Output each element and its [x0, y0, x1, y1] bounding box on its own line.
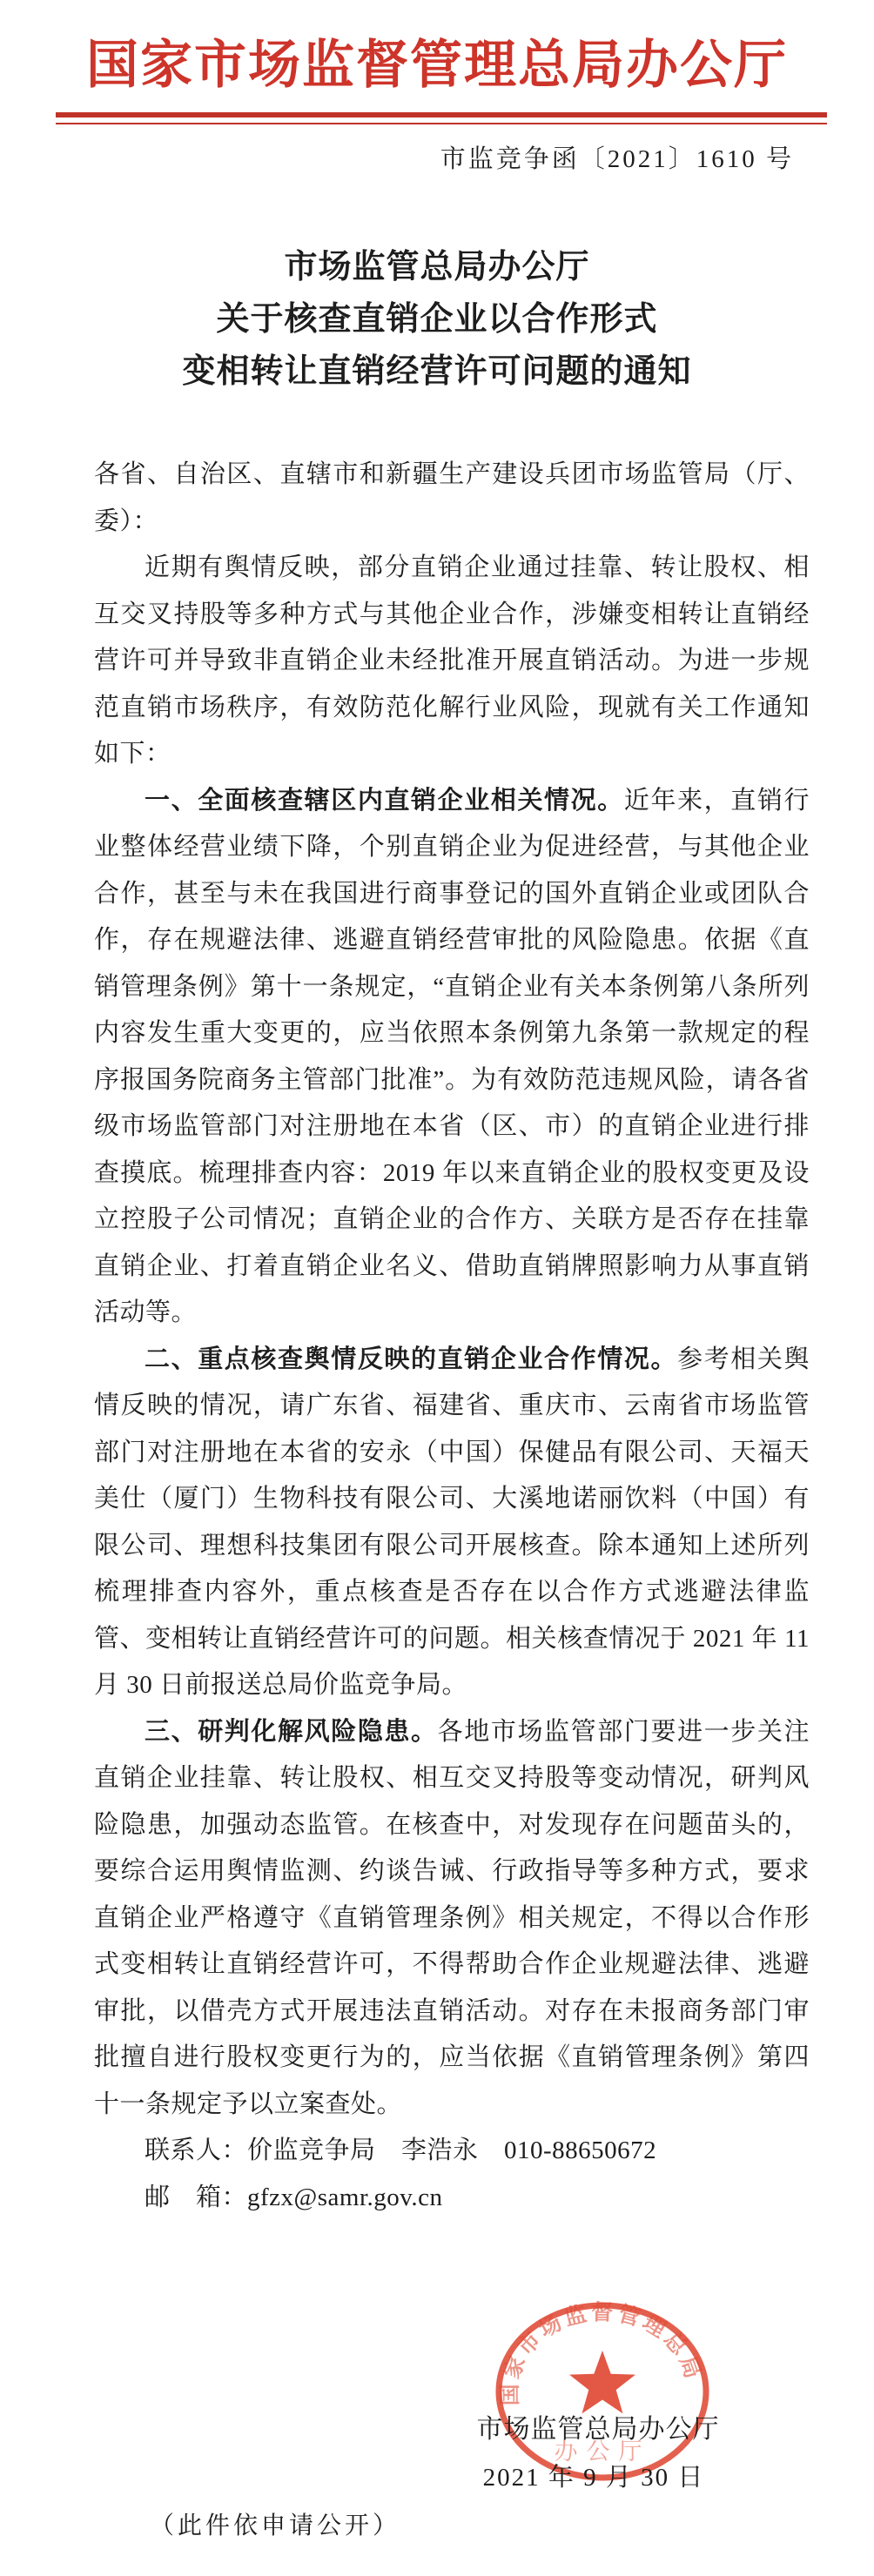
document-number: 市监竞争函〔2021〕1610 号: [0, 142, 874, 177]
title-line-1: 市场监管总局办公厅: [0, 241, 874, 293]
section-2-text: 参考相关舆情反映的情况，请广东省、福建省、重庆市、云南省市场监管部门对注册地在本…: [94, 1345, 810, 1700]
title-line-3: 变相转让直销经营许可问题的通知: [0, 345, 874, 398]
section-3-heading: 三、研判化解风险隐患。: [145, 1718, 438, 1746]
signature-agency: 市场监管总局办公厅: [418, 2407, 778, 2445]
header-rule-thick: [56, 112, 827, 117]
masthead-agency-name: 国家市场监督管理总局办公厅: [0, 0, 874, 101]
document-body: 各省、自治区、直辖市和新疆生产建设兵团市场监管局（厅、委）： 近期有舆情反映，部…: [0, 452, 874, 2221]
section-2-heading: 二、重点核查舆情反映的直销企业合作情况。: [145, 1345, 677, 1373]
section-1-text: 近年来，直销行业整体经营业绩下降，个别直销企业为促进经营，与其他企业合作，甚至与…: [94, 787, 810, 1327]
seal-star-icon: [569, 2351, 635, 2413]
signature-date: 2021 年 9 月 30 日: [418, 2458, 770, 2493]
section-1: 一、全面核查辖区内直销企业相关情况。近年来，直销行业整体经营业绩下降，个别直销企…: [94, 778, 810, 1337]
email-line: 邮 箱：gfzx@samr.gov.cn: [94, 2175, 810, 2222]
disclosure-note: （此件依申请公开）: [150, 2506, 400, 2541]
document-title: 市场监管总局办公厅 关于核查直销企业以合作形式 变相转让直销经营许可问题的通知: [0, 241, 874, 398]
document-page: 国家市场监督管理总局办公厅 市监竞争函〔2021〕1610 号 市场监管总局办公…: [0, 0, 874, 2576]
section-3-text: 各地市场监管部门要进一步关注直销企业挂靠、转让股权、相互交叉持股等变动情况，研判…: [94, 1718, 810, 2118]
title-line-2: 关于核查直销企业以合作形式: [0, 293, 874, 345]
official-seal: 国家市场监督管理总局 办公厅: [493, 2299, 712, 2484]
section-3: 三、研判化解风险隐患。各地市场监管部门要进一步关注直销企业挂靠、转让股权、相互交…: [94, 1709, 810, 2129]
paragraph-intro: 近期有舆情反映，部分直销企业通过挂靠、转让股权、相互交叉持股等多种方式与其他企业…: [94, 545, 810, 778]
section-1-heading: 一、全面核查辖区内直销企业相关情况。: [145, 787, 624, 815]
header-rule-thin: [56, 123, 827, 124]
section-2: 二、重点核查舆情反映的直销企业合作情况。参考相关舆情反映的情况，请广东省、福建省…: [94, 1337, 810, 1709]
contact-line: 联系人：价监竞争局 李浩永 010-88650672: [94, 2128, 810, 2175]
salutation: 各省、自治区、直辖市和新疆生产建设兵团市场监管局（厅、委）：: [94, 452, 810, 545]
